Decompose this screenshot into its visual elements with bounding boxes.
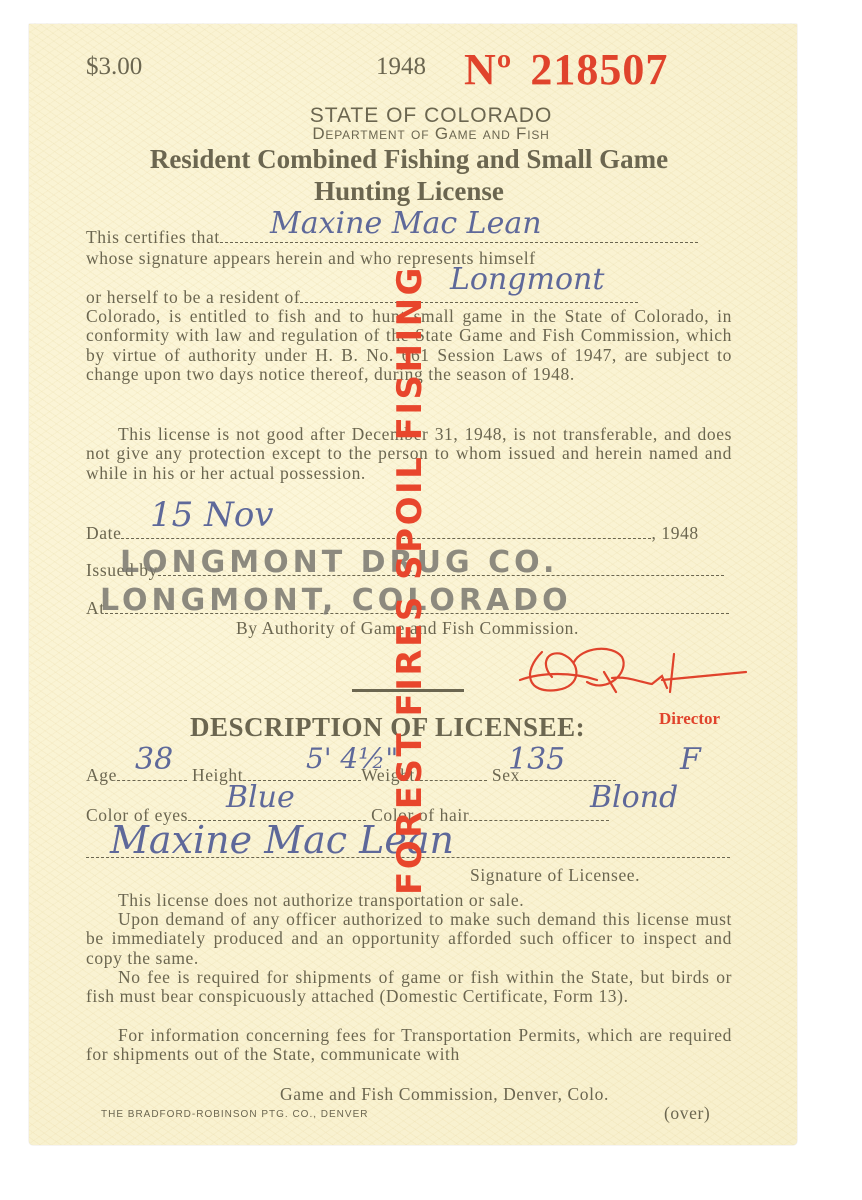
svg-text:G. Frost: G. Frost <box>512 632 565 636</box>
date-year: , 1948 <box>651 523 698 543</box>
printer-credit: THE BRADFORD-ROBINSON PTG. CO., DENVER <box>101 1109 368 1120</box>
residence-handwritten: Longmont <box>450 262 604 297</box>
forest-fires-stamp: FOREST FIRES SPOIL FISHING <box>392 265 428 895</box>
serial-value: 218507 <box>530 45 668 94</box>
issued-by-stamp: LONGMONT DRUG CO. <box>120 545 558 580</box>
licensee-name-handwritten: Maxine Mac Lean <box>270 206 542 241</box>
director-signature: G. Frost <box>512 632 748 702</box>
paragraph-shipments: No fee is required for shipments of game… <box>86 968 732 1007</box>
signature-of-licensee-label: Signature of Licensee. <box>470 865 730 886</box>
date-label: Date <box>86 523 121 543</box>
hair-field-line <box>469 808 609 821</box>
serial-number: Nº218507 <box>464 44 668 95</box>
over-note: (over) <box>664 1103 734 1124</box>
resident-label: or herself to be a resident of <box>86 287 300 307</box>
license-price: $3.00 <box>86 53 142 81</box>
sex-handwritten: F <box>680 742 701 777</box>
director-label: Director <box>659 709 720 729</box>
age-label: Age <box>86 765 117 785</box>
license-title-line1: Resident Combined Fishing and Small Game <box>0 143 818 175</box>
license-title-line2: Hunting License <box>0 175 818 207</box>
paragraph-officer-demand: Upon demand of any officer authorized to… <box>86 910 732 968</box>
serial-prefix: Nº <box>464 45 512 94</box>
height-handwritten: 5' 4½" <box>306 742 398 775</box>
license-year: 1948 <box>376 53 426 81</box>
location-stamp: LONGMONT, COLORADO <box>100 583 572 618</box>
paragraph-transport-permits: For information concerning fees for Tran… <box>86 1026 732 1065</box>
description-title: DESCRIPTION OF LICENSEE: <box>190 712 585 743</box>
hair-handwritten: Blond <box>590 780 678 815</box>
date-handwritten: 15 Nov <box>150 495 274 535</box>
department-heading: Department of Game and Fish <box>0 124 862 144</box>
license-title: Resident Combined Fishing and Small Game… <box>0 143 818 207</box>
weight-handwritten: 135 <box>508 742 565 777</box>
commission-address: Game and Fish Commission, Denver, Colo. <box>280 1084 730 1105</box>
certifies-label: This certifies that <box>86 227 220 247</box>
age-handwritten: 38 <box>135 742 173 777</box>
eyes-handwritten: Blue <box>226 780 295 815</box>
